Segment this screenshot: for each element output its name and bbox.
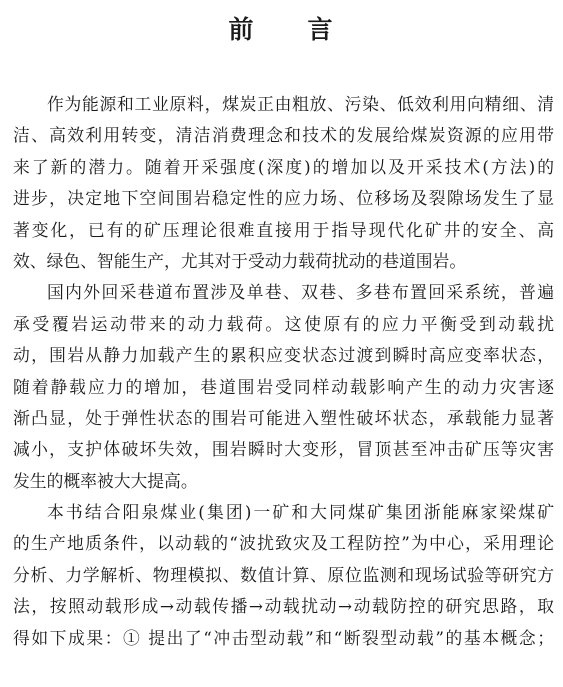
text-line: 进步，决定地下空间围岩稳定性的应力场、位移场及裂隙场发生了显 — [13, 183, 554, 214]
text-line: 来了新的潜力。随着开采强度(深度)的增加以及开采技术(方法)的 — [13, 152, 554, 183]
title-char-2: 言 — [308, 10, 335, 46]
text-line: 分析、力学解析、物理模拟、数值计算、原位监测和现场试验等研究方 — [13, 560, 554, 591]
text-line: 本书结合阳泉煤业(集团)一矿和大同煤矿集团浙能麻家梁煤矿 — [13, 497, 554, 528]
text-line: 随着静载应力的增加，巷道围岩受同样动载影响产生的动力灾害逐 — [13, 372, 554, 403]
page-title: 前言 — [0, 10, 563, 46]
text-line: 发生的概率被大大提高。 — [13, 466, 554, 497]
text-line: 的生产地质条件，以动载的“波扰致灾及工程防控”为中心，采用理论 — [13, 528, 554, 559]
preface-body: 作为能源和工业原料，煤炭正由粗放、污染、低效利用向精细、清 洁、高效利用转变，清… — [13, 89, 554, 654]
text-line: 减小，支护体破坏失效，围岩瞬时大变形，冒顶甚至冲击矿压等灾害 — [13, 434, 554, 465]
text-line: 承受覆岩运动带来的动力载荷。这使原有的应力平衡受到动载扰 — [13, 309, 554, 340]
text-line: 国内外回采巷道布置涉及单巷、双巷、多巷布置回采系统，普遍 — [13, 277, 554, 308]
text-line: 渐凸显，处于弹性状态的围岩可能进入塑性破坏状态，承载能力显著 — [13, 403, 554, 434]
text-line: 得如下成果：① 提出了“冲击型动载”和“断裂型动载”的基本概念； — [13, 623, 554, 654]
text-line: 著变化，已有的矿压理论很难直接用于指导现代化矿井的安全、高 — [13, 215, 554, 246]
text-line: 效、绿色、智能生产，尤其对于受动力载荷扰动的巷道围岩。 — [13, 246, 554, 277]
text-line: 洁、高效利用转变，清洁消费理念和技术的发展给煤炭资源的应用带 — [13, 120, 554, 151]
text-line: 动，围岩从静力加载产生的累积应变状态过渡到瞬时高应变率状态， — [13, 340, 554, 371]
title-char-1: 前 — [228, 10, 255, 46]
text-line: 作为能源和工业原料，煤炭正由粗放、污染、低效利用向精细、清 — [13, 89, 554, 120]
text-line: 法，按照动载形成→动载传播→动载扰动→动载防控的研究思路，取 — [13, 591, 554, 622]
